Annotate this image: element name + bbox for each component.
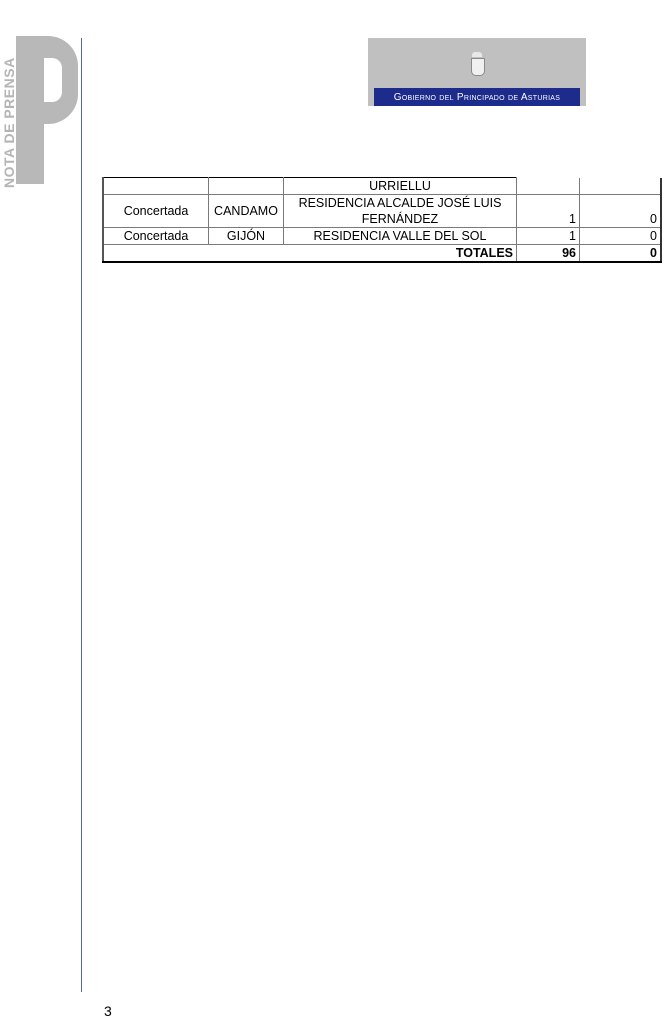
totals-value2: 0 — [580, 245, 662, 263]
coat-of-arms-icon — [470, 52, 484, 76]
cell-value1: 1 — [517, 228, 580, 245]
government-logo: Gobierno del Principado de Asturias — [368, 38, 586, 106]
cell-municipality: CANDAMO — [209, 195, 284, 228]
residences-table: URRIELLU Concertada CANDAMO RESIDENCIA A… — [102, 177, 662, 263]
logo-band: Gobierno del Principado de Asturias — [374, 88, 580, 106]
cell-residence: URRIELLU — [284, 178, 517, 195]
totals-value1: 96 — [517, 245, 580, 263]
cell-municipality — [209, 178, 284, 195]
cell-value1: 1 — [517, 195, 580, 228]
cell-residence: RESIDENCIA ALCALDE JOSÉ LUIS FERNÁNDEZ — [284, 195, 517, 228]
cell-type — [103, 178, 209, 195]
cell-value2: 0 — [580, 228, 662, 245]
totals-label: TOTALES — [103, 245, 517, 263]
page-number: 3 — [104, 1003, 112, 1019]
cell-municipality: GIJÓN — [209, 228, 284, 245]
table-row: URRIELLU — [103, 178, 661, 195]
big-p-logo — [16, 36, 78, 184]
cell-type: Concertada — [103, 195, 209, 228]
margin-divider — [81, 38, 82, 992]
cell-residence: RESIDENCIA VALLE DEL SOL — [284, 228, 517, 245]
cell-value1 — [517, 178, 580, 195]
totals-row: TOTALES 96 0 — [103, 245, 661, 263]
table-row: Concertada CANDAMO RESIDENCIA ALCALDE JO… — [103, 195, 661, 228]
table-row: Concertada GIJÓN RESIDENCIA VALLE DEL SO… — [103, 228, 661, 245]
cell-value2: 0 — [580, 195, 662, 228]
vertical-label-text: NOTA DE PRENSA — [1, 57, 17, 188]
cell-value2 — [580, 178, 662, 195]
cell-type: Concertada — [103, 228, 209, 245]
